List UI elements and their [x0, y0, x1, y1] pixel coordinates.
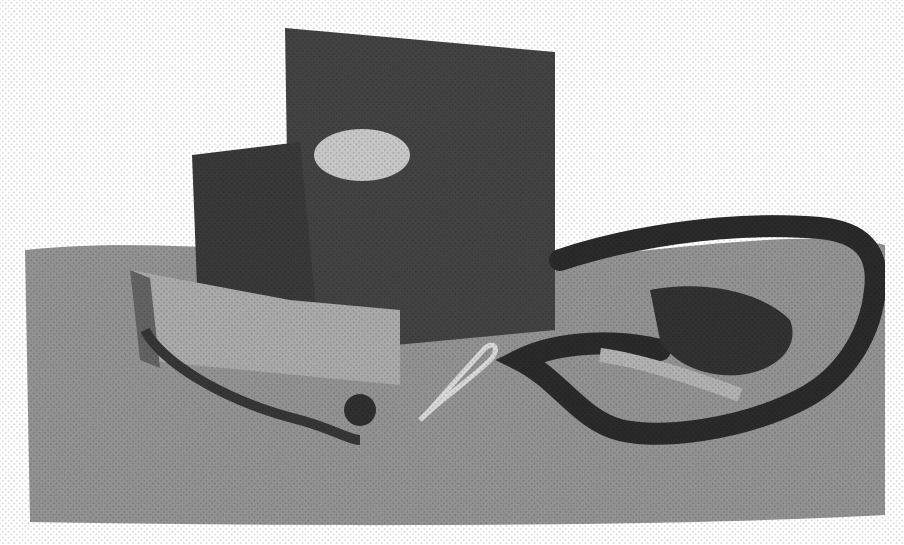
equipment-photo [0, 0, 904, 545]
